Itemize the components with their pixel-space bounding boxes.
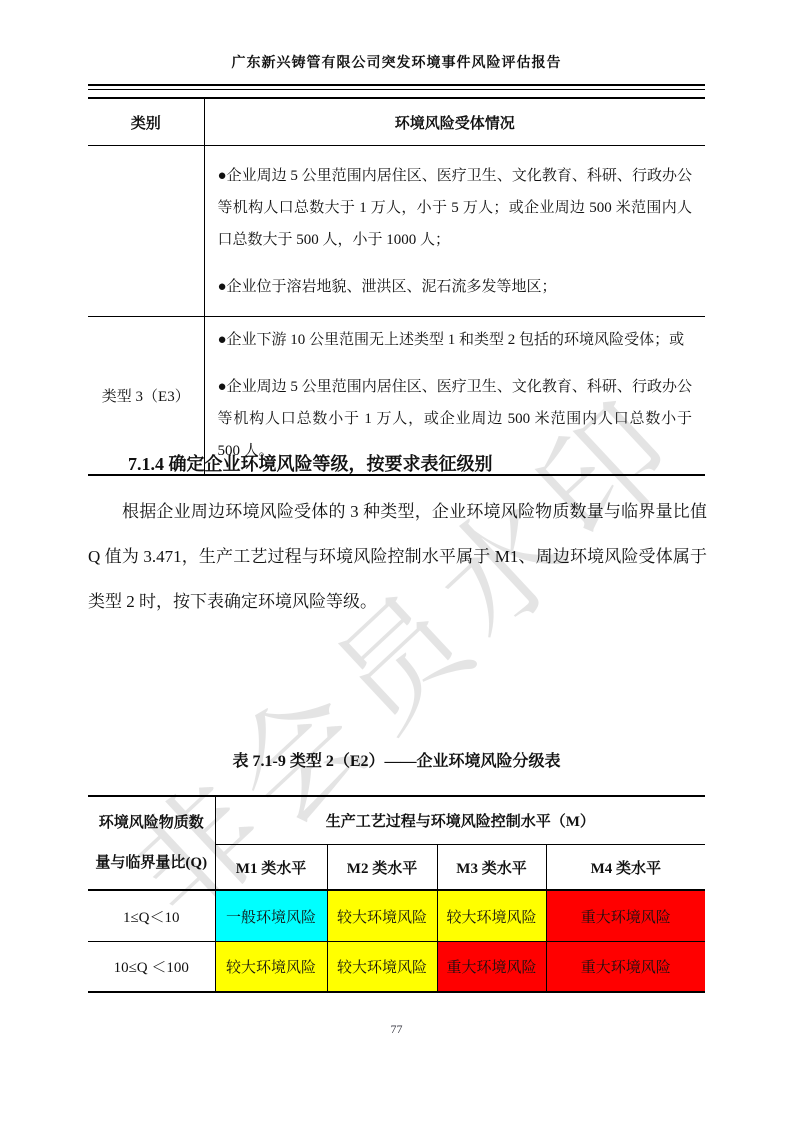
- table-row: 1≤Q＜10 一般环境风险 较大环境风险 较大环境风险 重大环境风险: [88, 890, 705, 942]
- m2-level-header: M2 类水平: [327, 845, 437, 891]
- risk-level-cell: 重大环境风险: [546, 942, 705, 993]
- grading-header-row-group: 环境风险物质数 量与临界量比(Q) 生产工艺过程与环境风险控制水平（M）: [88, 796, 705, 845]
- risk-level-cell: 较大环境风险: [215, 942, 327, 993]
- report-header-title: 广东新兴铸管有限公司突发环境事件风险评估报告: [0, 52, 793, 72]
- bullet-item: ●企业下游 10 公里范围无上述类型 1 和类型 2 包括的环境风险受体；或: [218, 324, 693, 356]
- receptor-table: 类别 环境风险受体情况 ●企业周边 5 公里范围内居住区、医疗卫生、文化教育、科…: [88, 97, 705, 476]
- header-double-rule: [88, 84, 705, 90]
- m1-level-header: M1 类水平: [215, 845, 327, 891]
- m3-level-header: M3 类水平: [437, 845, 546, 891]
- page-content: 广东新兴铸管有限公司突发环境事件风险评估报告 类别 环境风险受体情况 ●企业周边…: [0, 0, 793, 1122]
- q-ratio-header: 环境风险物质数 量与临界量比(Q): [88, 796, 215, 890]
- q-range-cell: 1≤Q＜10: [88, 890, 215, 942]
- section-paragraph: 根据企业周边环境风险受体的 3 种类型，企业环境风险物质数量与临界量比值 Q 值…: [88, 489, 707, 624]
- risk-level-cell: 较大环境风险: [437, 890, 546, 942]
- table-row: 10≤Q ＜100 较大环境风险 较大环境风险 重大环境风险 重大环境风险: [88, 942, 705, 993]
- risk-level-cell: 较大环境风险: [327, 942, 437, 993]
- risk-level-cell: 重大环境风险: [546, 890, 705, 942]
- risk-level-cell: 一般环境风险: [215, 890, 327, 942]
- q-range-cell: 10≤Q ＜100: [88, 942, 215, 993]
- receptor-row1-category: [88, 146, 204, 317]
- table-row: ●企业周边 5 公里范围内居住区、医疗卫生、文化教育、科研、行政办公等机构人口总…: [88, 146, 705, 317]
- receptor-col-header-situation: 环境风险受体情况: [204, 98, 705, 146]
- m-level-group-header: 生产工艺过程与环境风险控制水平（M）: [215, 796, 705, 845]
- m4-level-header: M4 类水平: [546, 845, 705, 891]
- receptor-col-header-category: 类别: [88, 98, 204, 146]
- bullet-item: ●企业周边 5 公里范围内居住区、医疗卫生、文化教育、科研、行政办公等机构人口总…: [218, 160, 693, 256]
- risk-level-cell: 重大环境风险: [437, 942, 546, 993]
- grading-table-caption: 表 7.1-9 类型 2（E2）——企业环境风险分级表: [0, 748, 793, 771]
- grading-table: 环境风险物质数 量与临界量比(Q) 生产工艺过程与环境风险控制水平（M） M1 …: [88, 795, 705, 993]
- section-heading-714: 7.1.4 确定企业环境风险等级，按要求表征级别: [88, 450, 705, 476]
- document-page: 非会员水印 广东新兴铸管有限公司突发环境事件风险评估报告 类别 环境风险受体情况…: [0, 0, 793, 1122]
- receptor-table-header-row: 类别 环境风险受体情况: [88, 98, 705, 146]
- risk-level-cell: 较大环境风险: [327, 890, 437, 942]
- bullet-item: ●企业位于溶岩地貌、泄洪区、泥石流多发等地区；: [218, 271, 693, 303]
- page-number: 77: [0, 1022, 793, 1037]
- receptor-row1-content: ●企业周边 5 公里范围内居住区、医疗卫生、文化教育、科研、行政办公等机构人口总…: [204, 146, 705, 317]
- q-ratio-header-line1: 环境风险物质数: [88, 803, 215, 843]
- q-ratio-header-line2: 量与临界量比(Q): [88, 843, 215, 883]
